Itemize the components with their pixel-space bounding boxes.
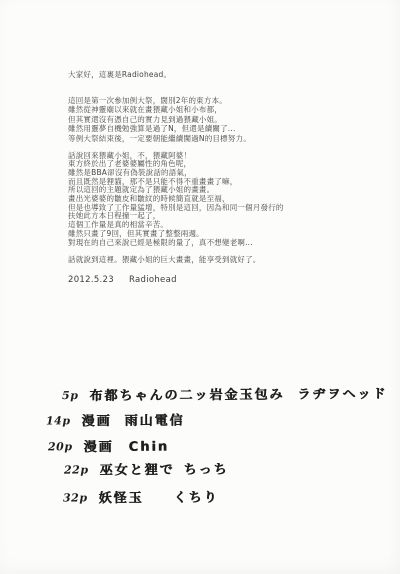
toc-entry: 22p巫女と狸でちっち [64, 458, 229, 478]
toc-title: 巫女と狸で [99, 463, 174, 479]
toc-author: ラヂヲヘッド [297, 387, 387, 403]
toc-author: くちり [173, 490, 218, 505]
signature-text: Radiohead [129, 276, 177, 286]
toc-title: 妖怪玉 [98, 491, 143, 506]
toc-author: 雨山電信 [124, 414, 184, 429]
afterword-paragraph: 話說回來猥藏小姐，不，猥藏阿婆！東方終於出了老婆婆屬性的角色呢，雖然是BBA卻沒… [68, 152, 380, 248]
text-line: 這回是第一次參加例大祭，闊別2年的東方本。 [68, 96, 380, 106]
afterword-text-block: 大家好，這裏是Radiohead。 這回是第一次參加例大祭，闊別2年的東方本。雖… [68, 70, 380, 285]
toc-page-number: 22p [64, 463, 89, 476]
toc-entry: 14p漫画雨山電信 [46, 410, 185, 430]
toc-page-number: 14p [46, 414, 71, 427]
toc-entry: 5p布都ちゃんの二ッ岩金玉包みラヂヲヘッド [62, 383, 388, 404]
toc-author: Chin [128, 440, 169, 455]
text-line: 但其實還沒有憑自己的實力見到過猥藏小姐。 [68, 115, 380, 125]
toc-entry: 20p漫画Chin [48, 436, 169, 456]
text-line: 雖然從神靈廟以來就在畫猥藏小姐和小布都， [68, 105, 380, 115]
text-line: 雖然用靈夢自機勉強算是過了N，但還是續關了... [68, 124, 380, 134]
closing-line: 話就說到這裡。猥藏小姐的巨大畫畫，能享受到就好了。 [68, 255, 380, 265]
toc-page-number: 32p [63, 491, 88, 504]
afterword-paragraph: 這回是第一次參加例大祭，闊別2年的東方本。雖然從神靈廟以來就在畫猥藏小姐和小布都… [68, 96, 380, 144]
text-line: 等例大祭結束後，一定要朝能繼續闖過N的目標努力。 [68, 134, 380, 144]
date-signature-line: 2012.5.23 Radiohead [68, 276, 380, 286]
toc-title: 布都ちゃんの二ッ岩金玉包み [89, 388, 284, 404]
toc-title: 漫画 [81, 414, 111, 429]
toc-title: 漫画 [83, 440, 113, 455]
text-line: 對現在的自己來說已經是極限的量了，真不想變老啊... [68, 239, 380, 248]
afterword-paragraphs: 這回是第一次參加例大祭，闊別2年的東方本。雖然從神靈廟以來就在畫猥藏小姐和小布都… [68, 96, 380, 248]
toc-page-number: 20p [48, 440, 73, 453]
toc-page-number: 5p [62, 389, 78, 402]
scanned-afterword-page: 大家好，這裏是Radiohead。 這回是第一次參加例大祭，闊別2年的東方本。雖… [0, 0, 400, 574]
greeting-line: 大家好，這裏是Radiohead。 [68, 70, 380, 80]
date-text: 2012.5.23 [68, 276, 114, 286]
toc-author: ちっち [183, 462, 228, 477]
toc-entry: 32p妖怪玉くちり [63, 486, 219, 506]
